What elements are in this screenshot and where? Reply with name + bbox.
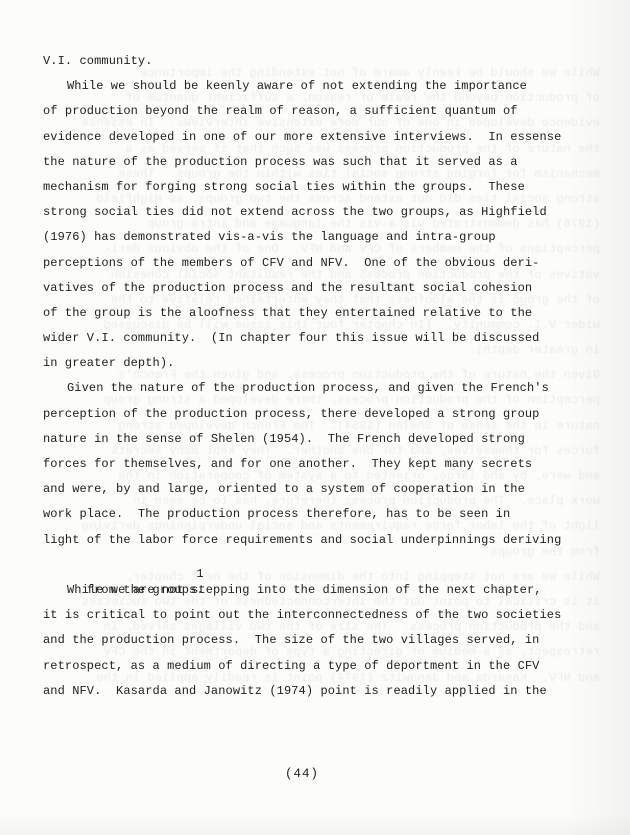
- text-line: forces for themselves, and for one anoth…: [43, 452, 561, 477]
- text-line: nature in the sense of Shelen (1954). Th…: [43, 427, 561, 452]
- text-line: of production beyond the realm of reason…: [43, 99, 561, 124]
- text-line: While we are not stepping into the dimen…: [43, 578, 561, 603]
- text-line: light of the labor force requirements an…: [43, 528, 561, 553]
- sentence-period: .: [196, 583, 203, 597]
- text-line: strong social ties did not extend across…: [43, 200, 561, 225]
- page-number: (44): [0, 767, 604, 781]
- text-line: vatives of the production process and th…: [43, 276, 561, 301]
- text-line: mechanism for forging strong social ties…: [43, 175, 561, 200]
- text-line: retrospect, as a medium of directing a t…: [43, 654, 561, 679]
- text-line: and NFV. Kasarda and Janowitz (1974) poi…: [43, 679, 561, 704]
- footnote-marker: 1: [196, 568, 203, 580]
- text-line: perceptions of the members of CFV and NF…: [43, 251, 561, 276]
- text-line: perception of the production process, th…: [43, 402, 561, 427]
- text-line: (1976) has demonstrated vis-a-vis the la…: [43, 225, 561, 250]
- text-line: and were, by and large, oriented to a sy…: [43, 477, 561, 502]
- text-line: Given the nature of the production proce…: [43, 376, 561, 401]
- text-line: in greater depth).: [43, 351, 561, 376]
- text-line: the nature of the production process was…: [43, 150, 561, 175]
- text-line: evidence developed in one of our more ex…: [43, 125, 561, 150]
- text-line: of the group is the aloofness that they …: [43, 301, 561, 326]
- footnote-reference: 1.: [196, 578, 203, 603]
- text-line-with-footnote: from the groups1.: [43, 553, 561, 578]
- scanned-page: While we should be keenly aware of not e…: [0, 0, 630, 835]
- text-line: V.I. community.: [43, 49, 561, 74]
- text-line: wider V.I. community. (In chapter four t…: [43, 326, 561, 351]
- text-line: and the production process. The size of …: [43, 628, 561, 653]
- text-line: it is critical to point out the intercon…: [43, 603, 561, 628]
- body-text: V.I. community. While we should be keenl…: [43, 49, 561, 704]
- text-line: While we should be keenly aware of not e…: [43, 74, 561, 99]
- text-line: work place. The production process there…: [43, 502, 561, 527]
